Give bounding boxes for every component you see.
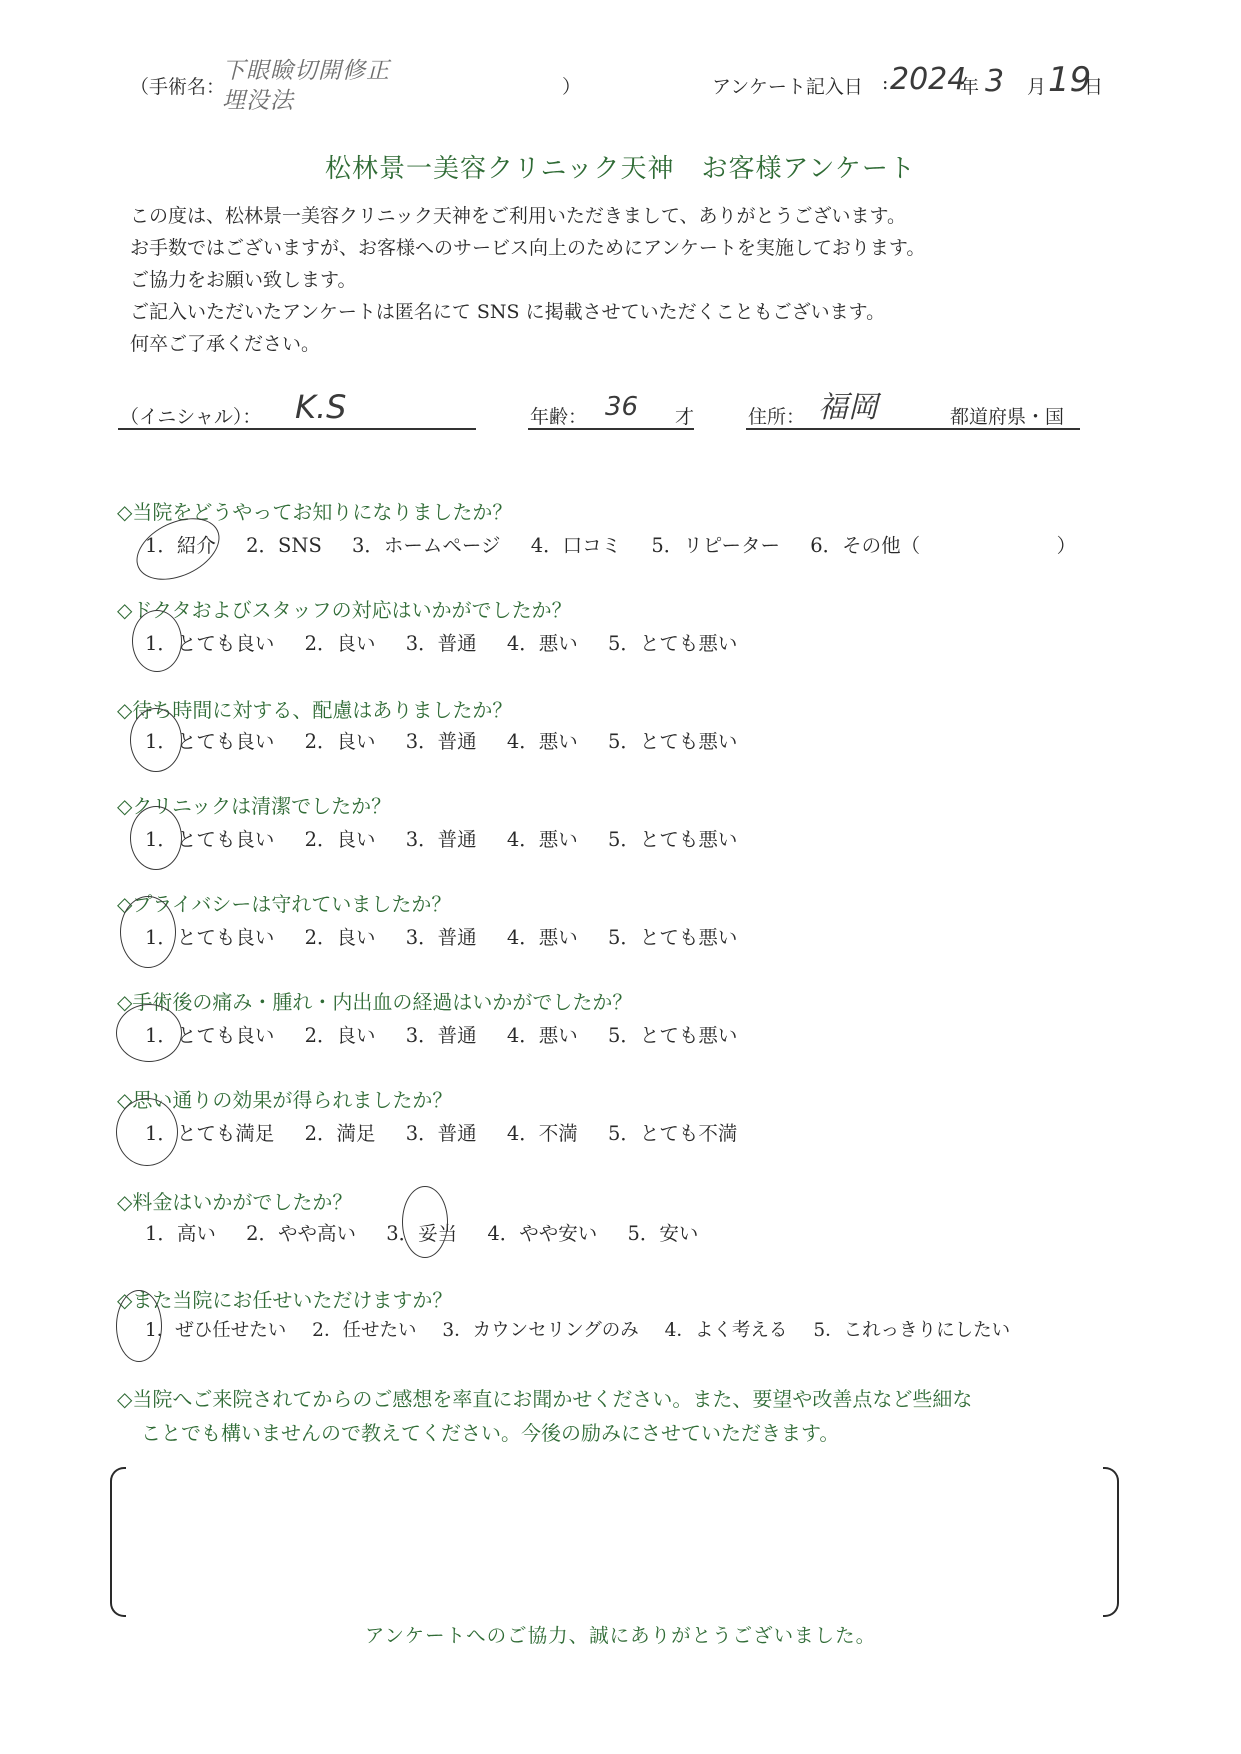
option-recovery-1[interactable]: 1．とても良い [145, 1020, 274, 1048]
question-wait-time: ◇待ち時間に対する、配慮はありましたか？ [117, 694, 512, 723]
option-wait-time-2[interactable]: 2．良い [305, 726, 376, 754]
options-wait-time: 1．とても良い 2．良い 3．普通 4．悪い 5．とても悪い [145, 726, 737, 754]
address-unit: 都道府県・国 [950, 402, 1064, 429]
age-label: 年齢： [530, 402, 587, 429]
option-referral-5[interactable]: 5．リピーター [651, 530, 780, 558]
option-privacy-3[interactable]: 3．普通 [406, 922, 477, 950]
option-staff-1[interactable]: 1．とても良い [145, 628, 274, 656]
page-title: 松林景一美容クリニック天神 お客様アンケート [0, 148, 1241, 185]
footer-thanks: アンケートへのご協力、誠にありがとうございました。 [0, 1620, 1241, 1648]
option-return-4[interactable]: 4．よく考える [665, 1316, 788, 1342]
question-results: ◇思い通りの効果が得られましたか？ [117, 1084, 452, 1113]
option-recovery-2[interactable]: 2．良い [305, 1020, 376, 1048]
option-staff-3[interactable]: 3．普通 [406, 628, 477, 656]
procedure-value-line1: 下眼瞼切開修正 [222, 56, 390, 86]
option-return-2[interactable]: 2．任せたい [312, 1316, 416, 1342]
question-recovery: ◇手術後の痛み・腫れ・内出血の経過はいかがでしたか？ [117, 986, 632, 1015]
procedure-label: （手術名： [130, 72, 225, 99]
option-results-1[interactable]: 1．とても満足 [145, 1118, 274, 1146]
comment-textarea[interactable] [140, 1480, 1090, 1600]
comment-prompt-line2: ことでも構いませんので教えてください。今後の励みにさせていただきます。 [117, 1416, 972, 1450]
option-wait-time-1[interactable]: 1．とても良い [145, 726, 274, 754]
options-return: 1．ぜひ任せたい 2．任せたい 3．カウンセリングのみ 4．よく考える 5．これ… [145, 1316, 1010, 1342]
options-recovery: 1．とても良い 2．良い 3．普通 4．悪い 5．とても悪い [145, 1020, 737, 1048]
procedure-value[interactable]: 下眼瞼切開修正 埋没法 [222, 56, 390, 116]
question-price: ◇料金はいかがでしたか？ [117, 1186, 352, 1215]
options-staff: 1．とても良い 2．良い 3．普通 4．悪い 5．とても悪い [145, 628, 737, 656]
question-privacy: ◇プライバシーは守れていましたか？ [117, 888, 451, 917]
date-year-unit: 年 [960, 72, 979, 99]
question-staff: ◇ドクタおよびスタッフの対応はいかがでしたか？ [117, 594, 572, 623]
question-return: ◇また当院にお任せいただけますか？ [117, 1284, 452, 1313]
comment-box-left-bracket [110, 1467, 126, 1617]
date-month-field[interactable]: 3 [985, 64, 1004, 99]
initial-underline [118, 428, 476, 430]
age-field[interactable]: 36 [605, 392, 638, 422]
option-cleanliness-1[interactable]: 1．とても良い [145, 824, 274, 852]
option-price-2[interactable]: 2．やや高い [246, 1218, 356, 1246]
intro-line: ご記入いただいたアンケートは匿名にて SNS に掲載させていただくこともございま… [130, 296, 925, 328]
option-results-2[interactable]: 2．満足 [305, 1118, 376, 1146]
option-referral-4[interactable]: 4．口コミ [531, 530, 621, 558]
option-return-3[interactable]: 3．カウンセリングのみ [442, 1316, 638, 1342]
intro-text: この度は、松林景一美容クリニック天神をご利用いただきまして、ありがとうございます… [130, 200, 925, 360]
intro-line: お手数ではございますが、お客様へのサービス向上のためにアンケートを実施しておりま… [130, 232, 925, 264]
question-referral: ◇当院をどうやってお知りになりましたか？ [117, 496, 512, 525]
option-referral-3[interactable]: 3．ホームページ [352, 530, 501, 558]
comment-prompt-line1: ◇当院へご来院されてからのご感想を率直にお聞かせください。また、要望や改善点など… [117, 1382, 972, 1416]
option-return-1[interactable]: 1．ぜひ任せたい [145, 1316, 286, 1342]
option-referral-6[interactable]: 6．その他（ ） [810, 530, 1076, 558]
option-recovery-3[interactable]: 3．普通 [406, 1020, 477, 1048]
intro-line: この度は、松林景一美容クリニック天神をご利用いただきまして、ありがとうございます… [130, 200, 925, 232]
option-cleanliness-3[interactable]: 3．普通 [406, 824, 477, 852]
intro-line: 何卒ご了承ください。 [130, 328, 925, 360]
option-wait-time-3[interactable]: 3．普通 [406, 726, 477, 754]
option-privacy-5[interactable]: 5．とても悪い [608, 922, 737, 950]
option-price-1[interactable]: 1．高い [145, 1218, 216, 1246]
options-cleanliness: 1．とても良い 2．良い 3．普通 4．悪い 5．とても悪い [145, 824, 737, 852]
option-staff-4[interactable]: 4．悪い [507, 628, 578, 656]
option-staff-5[interactable]: 5．とても悪い [608, 628, 737, 656]
option-results-4[interactable]: 4．不満 [507, 1118, 578, 1146]
option-cleanliness-5[interactable]: 5．とても悪い [608, 824, 737, 852]
option-price-5[interactable]: 5．安い [628, 1218, 699, 1246]
address-label: 住所： [748, 402, 805, 429]
procedure-close-paren: ） [562, 72, 581, 99]
option-cleanliness-2[interactable]: 2．良い [305, 824, 376, 852]
date-day-unit: 日 [1084, 72, 1103, 99]
option-return-5[interactable]: 5．これっきりにしたい [813, 1316, 1010, 1342]
option-referral-1[interactable]: 1．紹介 [145, 530, 216, 558]
option-privacy-1[interactable]: 1．とても良い [145, 922, 274, 950]
option-staff-2[interactable]: 2．良い [305, 628, 376, 656]
option-referral-2[interactable]: 2．SNS [246, 530, 322, 558]
address-underline [746, 428, 1080, 430]
comment-prompt: ◇当院へご来院されてからのご感想を率直にお聞かせください。また、要望や改善点など… [117, 1382, 972, 1450]
options-price: 1．高い 2．やや高い 3．妥当 4．やや安い 5．安い [145, 1218, 698, 1246]
date-month-unit: 月 [1027, 72, 1046, 99]
option-price-4[interactable]: 4．やや安い [487, 1218, 597, 1246]
intro-line: ご協力をお願い致します。 [130, 264, 925, 296]
option-wait-time-4[interactable]: 4．悪い [507, 726, 578, 754]
address-field[interactable]: 福岡 [818, 382, 878, 426]
options-results: 1．とても満足 2．満足 3．普通 4．不満 5．とても不満 [145, 1118, 737, 1146]
comment-box-right-bracket [1103, 1467, 1119, 1617]
option-wait-time-5[interactable]: 5．とても悪い [608, 726, 737, 754]
question-cleanliness: ◇クリニックは清潔でしたか？ [117, 790, 391, 819]
initial-field[interactable]: K.S [295, 388, 346, 426]
date-colon: : [882, 72, 888, 94]
option-results-5[interactable]: 5．とても不満 [608, 1118, 737, 1146]
initial-label: （イニシャル）： [120, 402, 261, 429]
date-year-field[interactable]: 2024 [890, 62, 966, 97]
date-label: アンケート記入日 [712, 72, 863, 99]
option-cleanliness-4[interactable]: 4．悪い [507, 824, 578, 852]
options-referral: 1．紹介 2．SNS 3．ホームページ 4．口コミ 5．リピーター 6．その他（… [145, 530, 1076, 558]
option-recovery-5[interactable]: 5．とても悪い [608, 1020, 737, 1048]
options-privacy: 1．とても良い 2．良い 3．普通 4．悪い 5．とても悪い [145, 922, 737, 950]
procedure-value-line2: 埋没法 [222, 86, 390, 116]
age-underline [528, 428, 694, 430]
option-price-3[interactable]: 3．妥当 [386, 1218, 457, 1246]
age-unit: 才 [675, 402, 694, 429]
option-recovery-4[interactable]: 4．悪い [507, 1020, 578, 1048]
option-privacy-2[interactable]: 2．良い [305, 922, 376, 950]
option-privacy-4[interactable]: 4．悪い [507, 922, 578, 950]
option-results-3[interactable]: 3．普通 [406, 1118, 477, 1146]
